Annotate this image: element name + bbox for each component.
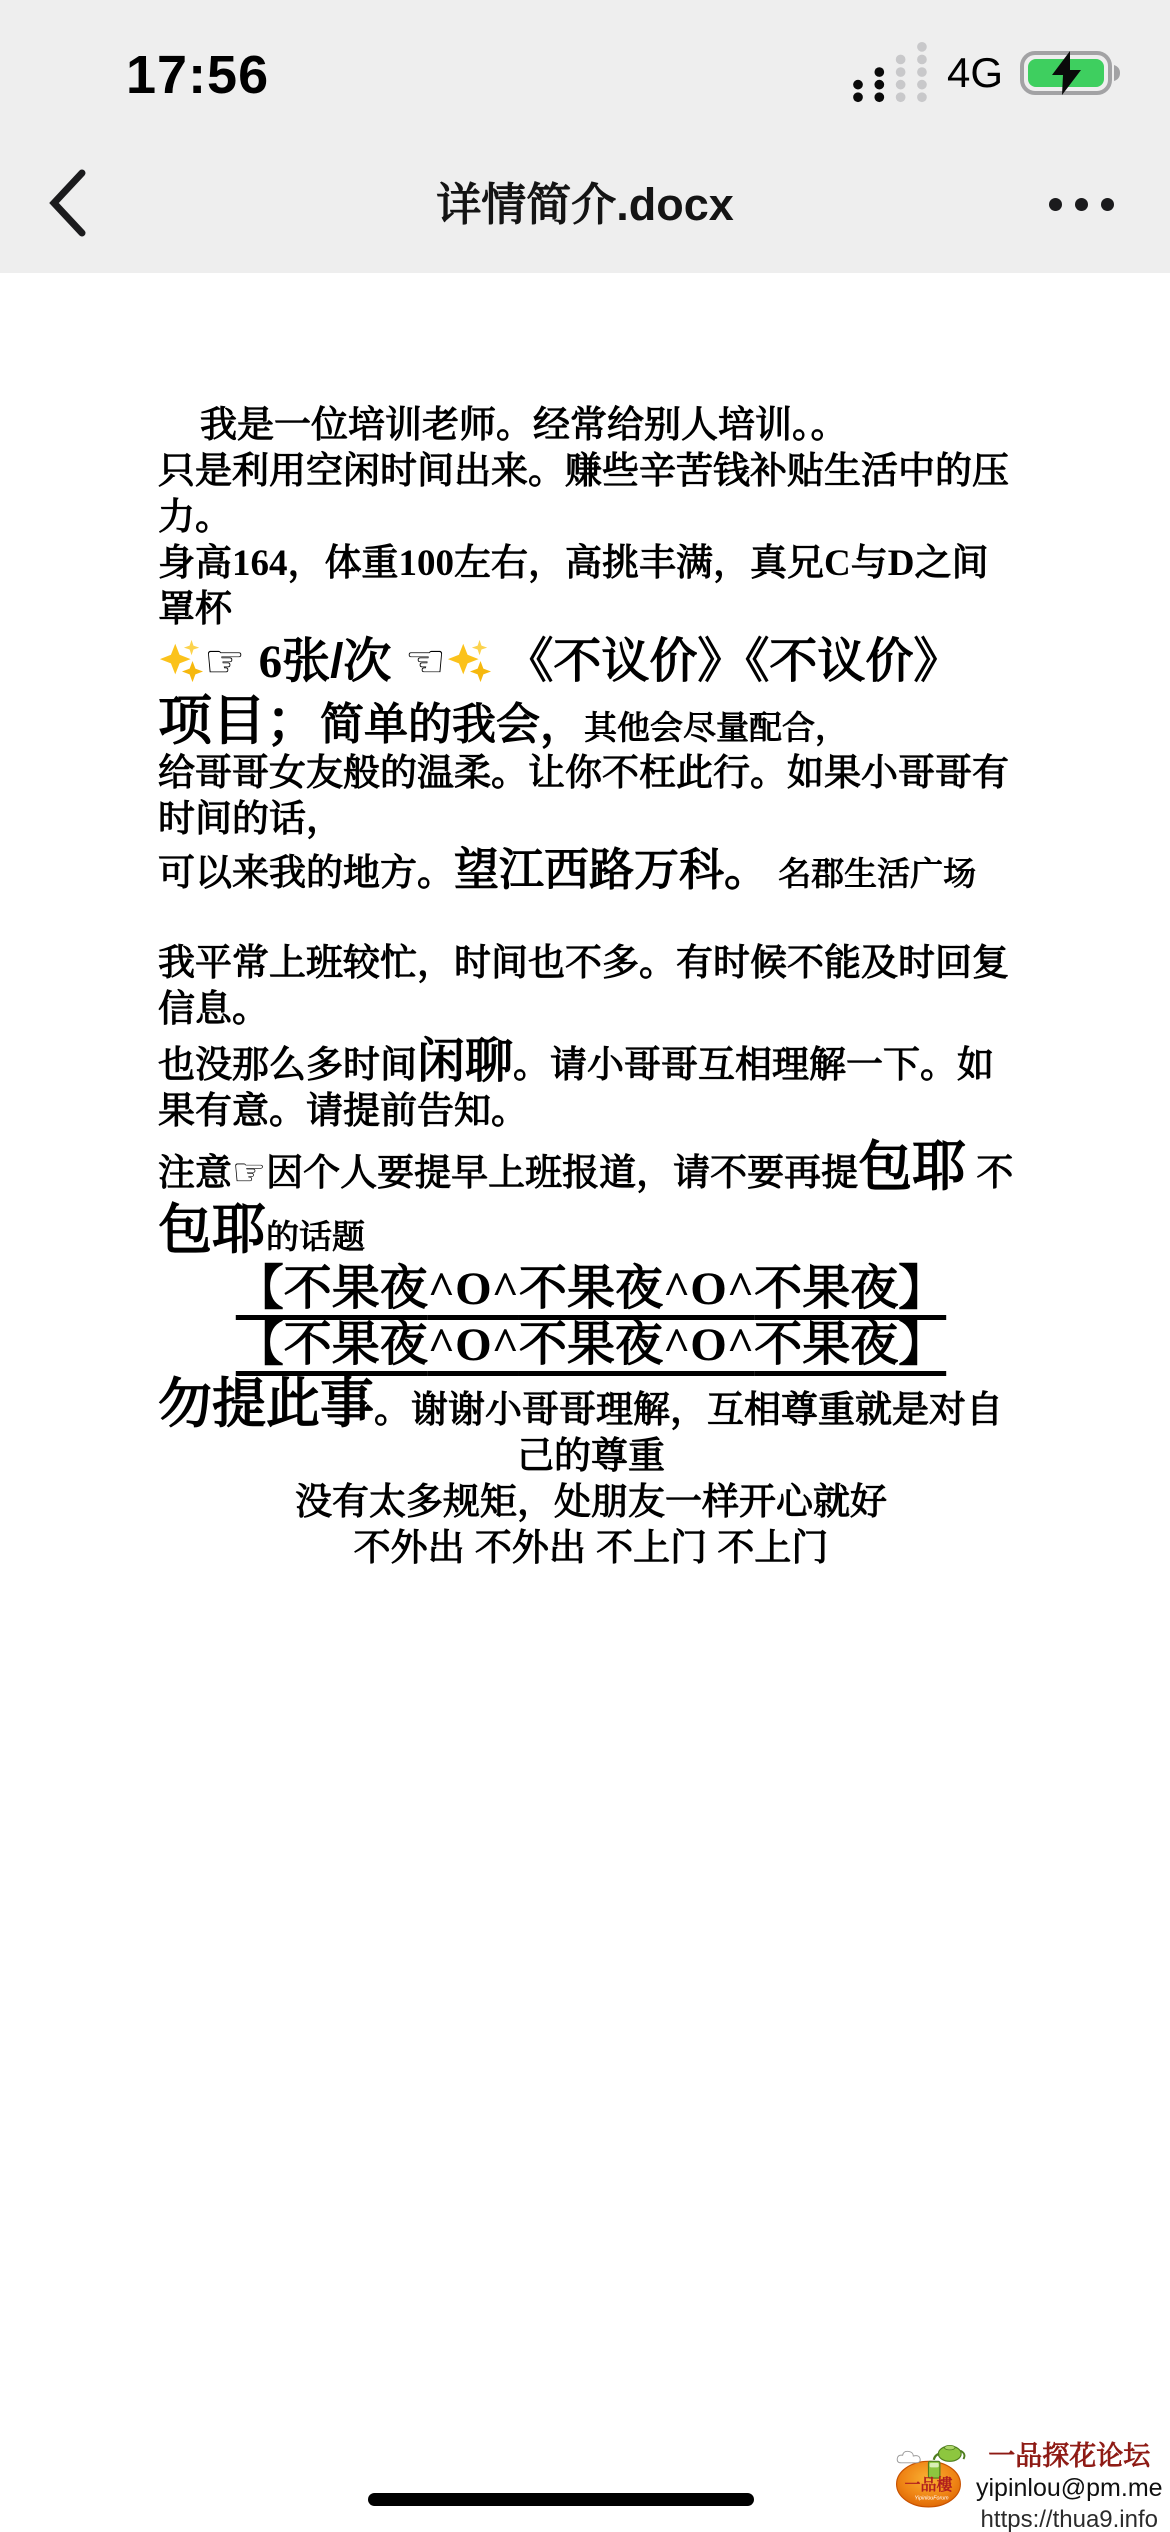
line-spacer: [158, 896, 1024, 942]
text-run: 勿提此事: [158, 1374, 374, 1434]
text-run: 之间: [914, 542, 988, 583]
line-closing: 不外出 不外出 不上门 不上门: [158, 1527, 1024, 1573]
text-run: D: [888, 543, 915, 584]
text-run: 包耶: [858, 1137, 966, 1197]
line-price: ☞ 6张/次 ☜ 《不议价》《不议价》: [158, 634, 1024, 690]
text-run: 左右，高挑丰满，真兄: [454, 542, 824, 583]
text-run: 因个人要提早上班报道，请不要再提: [266, 1152, 858, 1193]
text-run: 给哥哥女友般的温柔。让你不枉此行。如果小哥哥有: [158, 752, 1009, 793]
text-run: 力。: [158, 496, 232, 537]
text-run: 闲聊: [417, 1035, 513, 1088]
text-run: 罩杯: [158, 588, 232, 629]
line-body: 我平常上班较忙，时间也不多。有时候不能及时回复: [158, 942, 1024, 988]
text-run: 不果夜: [519, 1262, 663, 1315]
line-location: 可以来我的地方。望江西路万科。 名郡生活广场: [158, 844, 1024, 896]
text-run: 6: [259, 636, 283, 688]
text-run: 。谢谢小哥哥理解，互相尊重就是对自: [374, 1389, 1003, 1430]
document-title: 详情简介.docx: [436, 168, 734, 233]
text-run: 。请小哥哥互相理解一下。如: [513, 1044, 994, 1085]
text-run: 简单的我会，: [320, 700, 584, 749]
text-run: 也没那么多时间: [158, 1044, 417, 1085]
chrome-area: 17:56 4G: [0, 0, 1170, 273]
text-run: 包耶: [158, 1200, 266, 1260]
text-run: 【不果夜: [236, 1318, 428, 1371]
text-run: 只是利用空闲时间出来。赚些辛苦钱补贴生活中的压: [158, 450, 1009, 491]
sparkles-icon: [446, 638, 492, 684]
clock: 17:56: [126, 44, 269, 106]
battery-charging-icon: [1020, 50, 1124, 96]
forum-name: 一品探花论坛: [976, 2440, 1163, 2472]
forum-email: yipinlou@pm.me: [976, 2472, 1163, 2504]
logo-subtitle: YipinlouForum: [914, 2495, 949, 2501]
text-run: 《不议价》《不议价》: [492, 635, 961, 688]
line-body: 果有意。请提前告知。: [158, 1090, 1024, 1136]
line-body: 时间的话，: [158, 798, 1024, 844]
watermark: 一品樓 YipinlouForum 一品探花论坛 yipinlou@pm.me …: [892, 2438, 1163, 2532]
text-run: 信息。: [158, 988, 269, 1029]
back-button[interactable]: [46, 168, 92, 238]
text-run: 没有太多规矩，处朋友一样开心就好: [295, 1481, 887, 1522]
right-pointing-hand-icon: ☞: [204, 634, 245, 688]
teapot-icon: [934, 2445, 965, 2461]
text-run: 164: [232, 543, 288, 584]
status-icons: 4G: [848, 42, 1124, 104]
text-run: 注意: [158, 1152, 232, 1193]
text-run: ^O^: [663, 1263, 754, 1315]
text-run: 可以来我的地方。: [158, 852, 454, 893]
line-project: 项目；简单的我会，其他会尽量配合，: [158, 690, 1024, 753]
line-notice: 注意☞因个人要提早上班报道，请不要再提包耶 不: [158, 1136, 1024, 1199]
more-dots-icon: [1049, 198, 1062, 211]
text-run: 时间的话，: [158, 798, 343, 839]
line-closing: 没有太多规矩，处朋友一样开心就好: [158, 1481, 1024, 1527]
line-stats: 身高164，体重100左右，高挑丰满，真兄C与D之间: [158, 542, 1024, 588]
line-body: 信息。: [158, 988, 1024, 1034]
cellular-signal-icon: [848, 42, 930, 104]
line-stats: 罩杯: [158, 588, 1024, 634]
more-dots-icon: [1101, 198, 1114, 211]
text-run: ^O^: [428, 1263, 519, 1315]
more-dots-icon: [1075, 198, 1088, 211]
network-type-label: 4G: [947, 49, 1003, 97]
sparkles-icon: [158, 638, 204, 684]
text-run: 不果夜】: [754, 1318, 946, 1371]
text-run: ，体重: [288, 542, 399, 583]
text-run: ^O^: [428, 1319, 519, 1371]
logo-title: 一品樓: [905, 2475, 954, 2494]
line-banner: 【不果夜^O^不果夜^O^不果夜】: [158, 1261, 1024, 1317]
screen: 17:56 4G: [0, 0, 1170, 2532]
text-run: 身高: [158, 542, 232, 583]
text-run: 张/次: [282, 635, 405, 688]
line-banner: 【不果夜^O^不果夜^O^不果夜】: [158, 1317, 1024, 1373]
text-run: 不果夜】: [754, 1262, 946, 1315]
nav-bar: 详情简介.docx: [0, 150, 1170, 260]
teacup-icon: [928, 2461, 939, 2478]
line-body: 给哥哥女友般的温柔。让你不枉此行。如果小哥哥有: [158, 752, 1024, 798]
text-run: 不: [966, 1152, 1013, 1193]
text-run: 望江西路万科。: [454, 844, 769, 895]
text-run: 其他会尽量配合，: [584, 709, 848, 746]
text-run: 【不果夜: [236, 1262, 428, 1315]
text-run: 项目；: [158, 691, 320, 751]
text-run: 己的尊重: [517, 1435, 665, 1476]
text-run: 名郡生活广场: [769, 855, 976, 892]
text-run: 100: [399, 543, 455, 584]
watermark-text: 一品探花论坛 yipinlou@pm.me https://thua9.info: [976, 2438, 1163, 2532]
line-warning: 勿提此事。谢谢小哥哥理解，互相尊重就是对自: [158, 1373, 1024, 1436]
line-body: 力。: [158, 496, 1024, 542]
doc-content: 我是一位培训老师。经常给别人培训。。只是利用空闲时间出来。赚些辛苦钱补贴生活中的…: [158, 404, 1024, 1573]
line-warning: 己的尊重: [158, 1435, 1024, 1481]
text-run: [245, 635, 258, 688]
text-run: 不果夜: [519, 1318, 663, 1371]
more-button[interactable]: [1043, 192, 1120, 217]
left-pointing-hand-icon: ☜: [405, 634, 446, 688]
status-bar: 17:56 4G: [0, 38, 1170, 112]
line-body: 也没那么多时间闲聊。请小哥哥互相理解一下。如: [158, 1034, 1024, 1090]
text-run: 我平常上班较忙，时间也不多。有时候不能及时回复: [158, 942, 1009, 983]
text-run: 与: [851, 542, 888, 583]
right-pointing-hand-icon: ☞: [232, 1150, 266, 1194]
forum-url: https://thua9.info: [976, 2504, 1163, 2532]
forum-logo: 一品樓 YipinlouForum: [892, 2438, 968, 2512]
text-run: C: [824, 543, 851, 584]
line-body: 只是利用空闲时间出来。赚些辛苦钱补贴生活中的压: [158, 450, 1024, 496]
text-run: ^O^: [663, 1319, 754, 1371]
cloud-icon: [897, 2451, 920, 2463]
text-run: 的话题: [266, 1218, 365, 1255]
text-run: 我是一位培训老师。经常给别人培训。。: [200, 404, 848, 445]
line-notice: 包耶的话题: [158, 1199, 1024, 1262]
line-intro: 我是一位培训老师。经常给别人培训。。: [158, 404, 1024, 450]
home-indicator[interactable]: [368, 2493, 754, 2506]
text-run: 果有意。请提前告知。: [158, 1090, 528, 1131]
text-run: 不外出 不外出 不上门 不上门: [354, 1527, 829, 1568]
